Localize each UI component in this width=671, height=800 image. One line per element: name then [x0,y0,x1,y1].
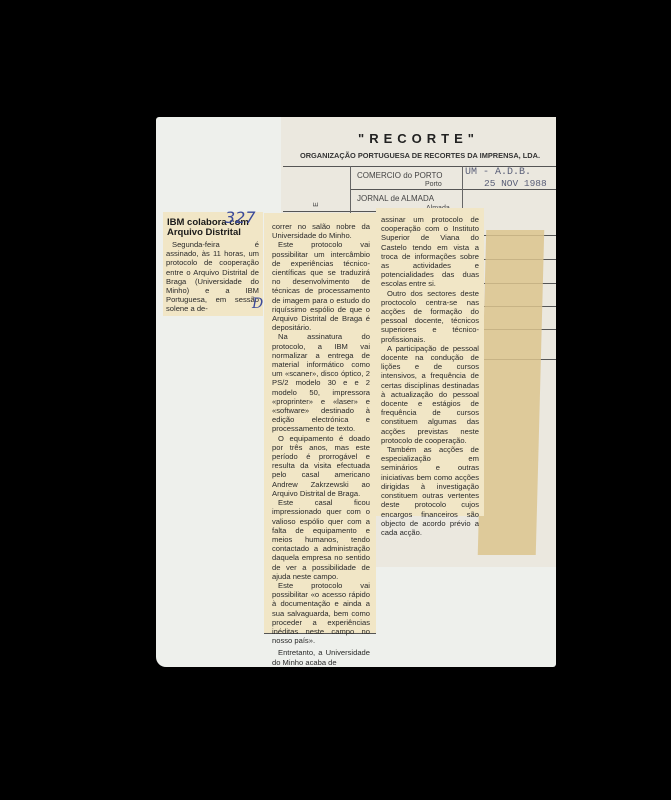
paragraph: Este protocolo vai possibilitar um inter… [272,240,370,332]
archive-stamp: UM - A.D.B. [465,167,531,178]
paragraph: Este protocolo vai possibilitar «o acess… [272,581,370,645]
paragraph: Segunda-feira é assinado, às 11 horas, u… [166,240,259,314]
paragraph: Entretanto, a Universidade do Minho acab… [272,648,370,666]
slip-divider [462,166,463,214]
adhesive-tape [478,230,545,555]
paragraph: Na assinatura do protocolo, a IBM vai no… [272,332,370,433]
slip-subtitle: ORGANIZAÇÃO PORTUGUESA DE RECORTES DA IM… [284,151,556,160]
publication-city: Porto [425,181,442,188]
paragraph: Também as acções de especialização em se… [381,445,479,537]
date-stamp: 25 NOV 1988 [484,178,547,189]
paragraph: Outro dos sectores deste proctocolo cent… [381,289,479,344]
publication-name: JORNAL de ALMADA [357,194,434,203]
handwritten-mark: D [252,296,263,312]
article-column-1: Segunda-feira é assinado, às 11 horas, u… [166,240,259,314]
handwritten-number: 327 [225,208,256,227]
article-column-2: correr no salão nobre da Universidade do… [272,222,370,667]
slip-divider [350,166,351,214]
publication-name: COMERCIO do PORTO [357,171,443,180]
slip-side-letter: E [313,202,320,207]
paragraph: assinar um protocolo de cooperação com o… [381,215,479,289]
slip-rule [350,189,556,190]
paragraph: O equipamento é doado por três anos, mas… [272,434,370,498]
slip-title: "RECORTE" [281,131,556,146]
paragraph: Este casal ficou impressionado quer com … [272,498,370,581]
paragraph: correr no salão nobre da Universidade do… [272,222,370,240]
paragraph: A participação de pessoal docente na con… [381,344,479,445]
article-column-3: assinar um protocolo de cooperação com o… [381,215,479,537]
